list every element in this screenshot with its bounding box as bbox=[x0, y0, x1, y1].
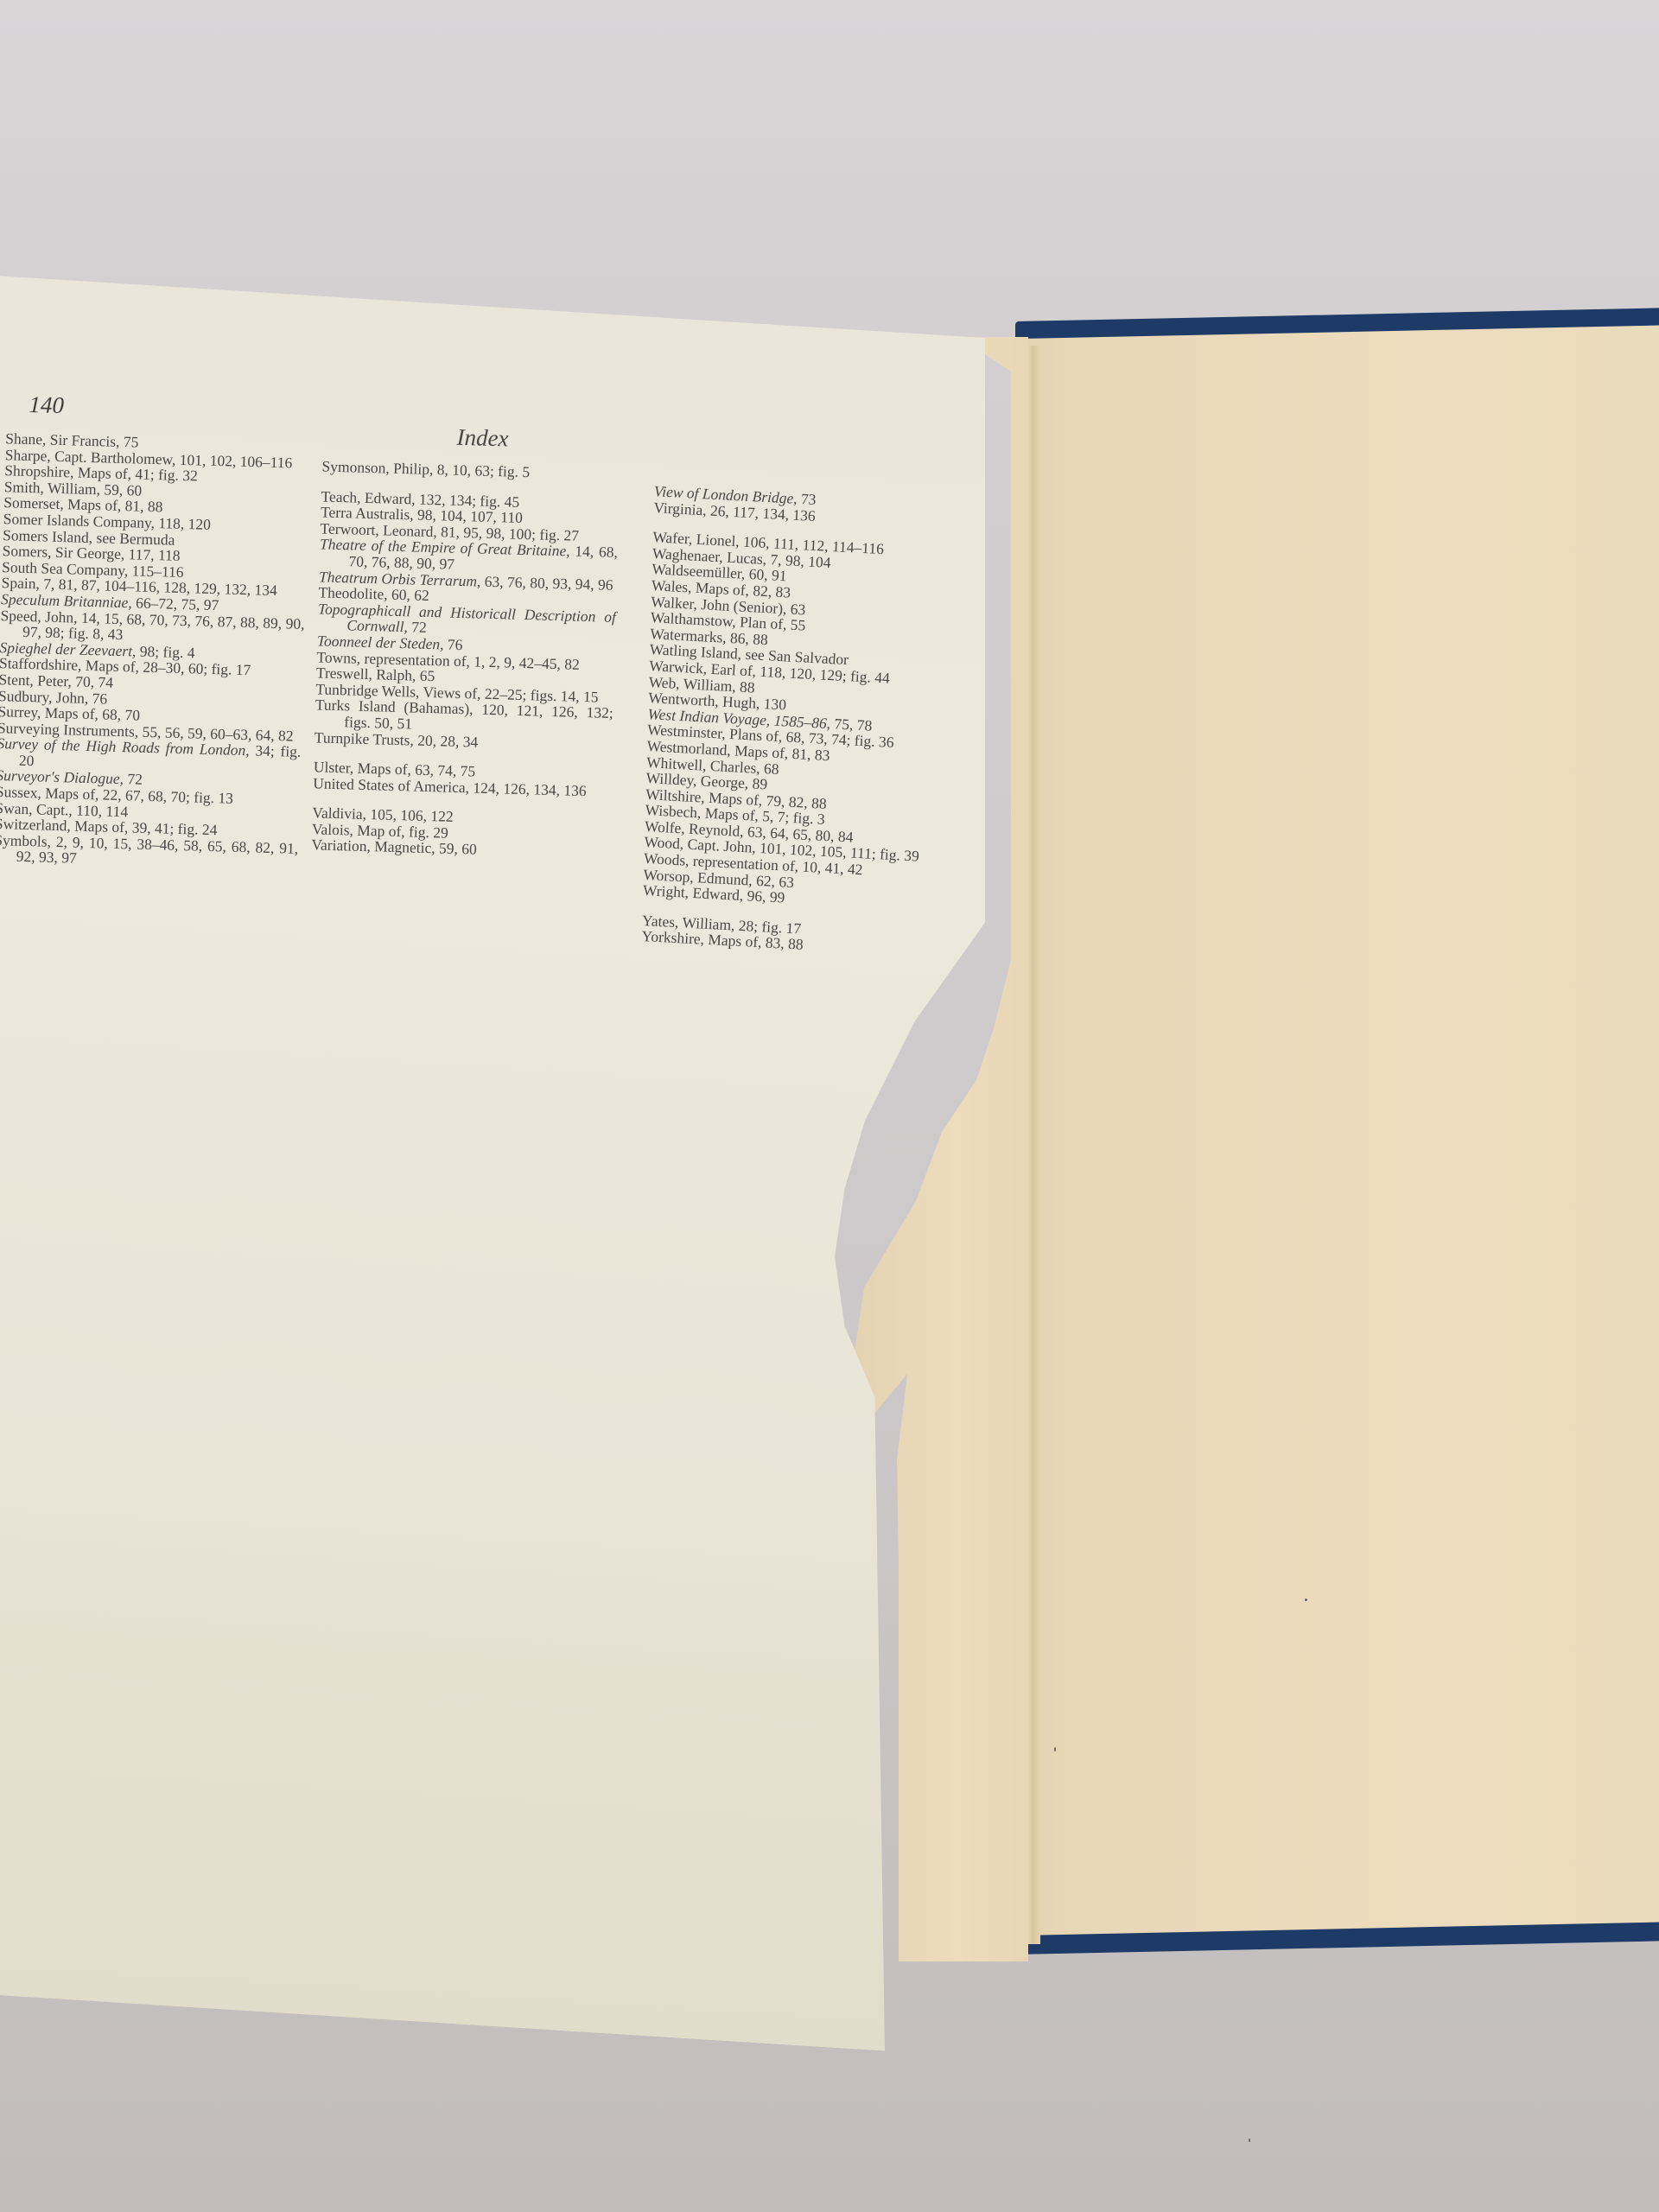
index-entry-pages: , 72 bbox=[119, 771, 143, 789]
paper-speck bbox=[1054, 1747, 1056, 1751]
paper-speck bbox=[1305, 1599, 1307, 1601]
table-speck bbox=[1249, 2139, 1250, 2142]
index-entry-pages: , 76 bbox=[440, 635, 463, 653]
index-column-2: Symonson, Philip, 8, 10, 63; fig. 5Teach… bbox=[311, 458, 620, 861]
index-column-3: View of London Bridge, 73Virginia, 26, 1… bbox=[641, 483, 939, 952]
index-entry-pages: , 72 bbox=[404, 619, 427, 637]
page-number: 140 bbox=[29, 391, 64, 419]
running-head: Index bbox=[456, 424, 509, 453]
index-column-1: Shane, Sir Francis, 75Sharpe, Capt. Bart… bbox=[0, 430, 309, 873]
index-entry-pages: , 73 bbox=[793, 490, 817, 508]
photo-scene: 140 Index Shane, Sir Francis, 75Sharpe, … bbox=[0, 0, 1659, 2212]
right-endpaper bbox=[1021, 325, 1659, 1935]
